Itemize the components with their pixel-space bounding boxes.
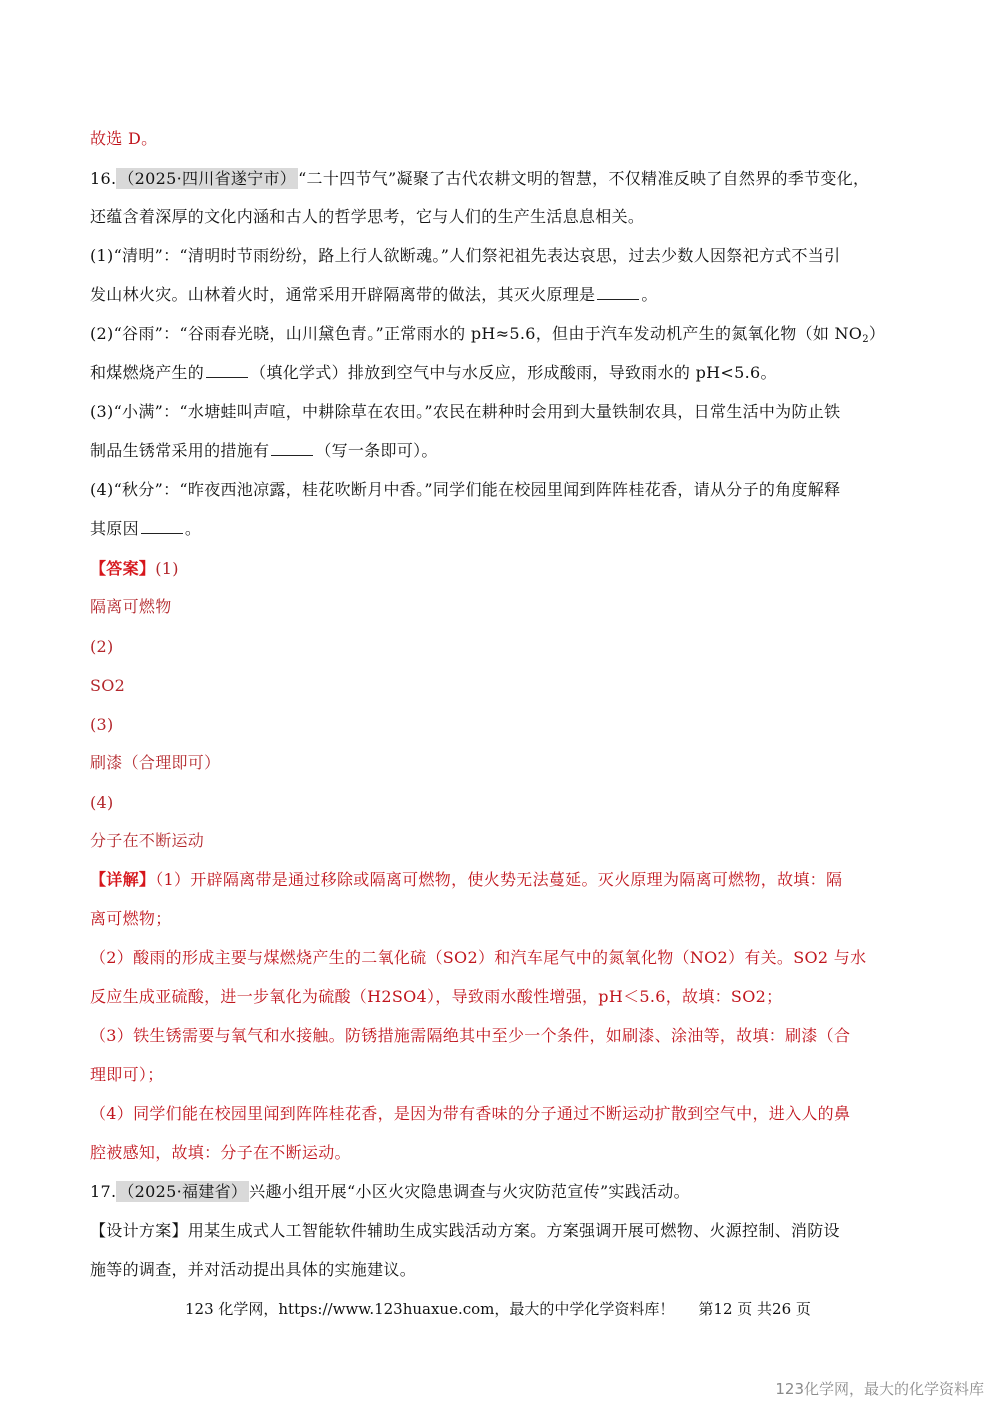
q17-stem-text: 兴趣小组开展“小区火灾隐患调查与火灾防范宣传”实践活动。 bbox=[249, 1182, 690, 1201]
explanation-line-4: 反应生成亚硫酸，进一步氧化为硫酸（H2SO4），导致雨水酸性增强，pH＜5.6，… bbox=[90, 986, 782, 1008]
q16-part3-end: （写一条即可）。 bbox=[315, 441, 437, 460]
q17-design-line-1: 【设计方案】用某生成式人工智能软件辅助生成实践活动方案。方案强调开展可燃物、火源… bbox=[90, 1220, 840, 1242]
explanation-line-6: 理即可）； bbox=[90, 1064, 164, 1086]
explanation-label: 【详解】 bbox=[90, 870, 155, 889]
q16-number: 16. bbox=[90, 169, 116, 188]
answer-text-2: SO2 bbox=[90, 675, 125, 697]
footer-page-number: 第12 页 共26 页 bbox=[698, 1300, 810, 1318]
subscript-2: 2 bbox=[862, 334, 869, 345]
explanation-line-5: （3）铁生锈需要与氧气和水接触。防锈措施需隔绝其中至少一个条件，如刷漆、涂油等，… bbox=[90, 1025, 850, 1047]
explanation-line-3: （2）酸雨的形成主要与煤燃烧产生的二氧化硫（SO2）和汽车尾气中的氮氧化物（NO… bbox=[90, 947, 866, 969]
q17-number: 17. bbox=[90, 1182, 116, 1201]
answer-blank-3 bbox=[271, 441, 313, 456]
q17-design-line-2: 施等的调查，并对活动提出具体的实施建议。 bbox=[90, 1259, 416, 1281]
q16-stem-line-1: 16.（2025·四川省遂宁市）“二十四节气”凝聚了古代农耕文明的智慧，不仅精准… bbox=[90, 168, 869, 190]
answer-num-2: (2) bbox=[90, 636, 114, 658]
explanation-text-1: （1）开辟隔离带是通过移除或隔离可燃物，使火势无法蔓延。灭火原理为隔离可燃物，故… bbox=[155, 870, 842, 889]
watermark: 123化学网，最大的化学资料库 bbox=[775, 1378, 984, 1399]
q16-source-tag: （2025·四川省遂宁市） bbox=[116, 168, 298, 189]
footer-site: 123 化学网，https://www.123huaxue.com，最大的中学化… bbox=[185, 1300, 674, 1318]
page-footer: 123 化学网，https://www.123huaxue.com，最大的中学化… bbox=[185, 1298, 811, 1319]
q16-part2-line1: (2)“谷雨”：“谷雨春光晓，山川黛色青。”正常雨水的 pH≈5.6，但由于汽车… bbox=[90, 323, 885, 351]
q16-part2-text-2: 和煤燃烧产生的 bbox=[90, 363, 204, 382]
answer-header: 【答案】(1) bbox=[90, 558, 179, 580]
q16-part3-text: 制品生锈常采用的措施有 bbox=[90, 441, 269, 460]
q16-part2-paren: ） bbox=[869, 324, 885, 343]
answer-blank-1 bbox=[597, 285, 639, 300]
answer-text-1: 隔离可燃物 bbox=[90, 596, 172, 618]
q16-part1-text: 发山林火灾。山林着火时，通常采用开辟隔离带的做法，其灭火原理是 bbox=[90, 285, 595, 304]
explanation-line-1: 【详解】（1）开辟隔离带是通过移除或隔离可燃物，使火势无法蔓延。灭火原理为隔离可… bbox=[90, 869, 842, 891]
answer-blank-4 bbox=[141, 519, 183, 534]
answer-text-3: 刷漆（合理即可） bbox=[90, 752, 220, 774]
q16-stem-text-1: “二十四节气”凝聚了古代农耕文明的智慧，不仅精准反映了自然界的季节变化， bbox=[298, 169, 869, 188]
q16-part4-line2: 其原因。 bbox=[90, 518, 201, 540]
q16-part2-text: (2)“谷雨”：“谷雨春光晓，山川黛色青。”正常雨水的 pH≈5.6，但由于汽车… bbox=[90, 324, 862, 343]
explanation-line-8: 腔被感知，故填：分子在不断运动。 bbox=[90, 1142, 351, 1164]
answer-label: 【答案】 bbox=[90, 559, 155, 578]
q16-part4-text: 其原因 bbox=[90, 519, 139, 538]
q16-part1-line2: 发山林火灾。山林着火时，通常采用开辟隔离带的做法，其灭火原理是。 bbox=[90, 284, 658, 306]
explanation-line-7: （4）同学们能在校园里闻到阵阵桂花香，是因为带有香味的分子通过不断运动扩散到空气… bbox=[90, 1103, 850, 1125]
q16-part2-line2: 和煤燃烧产生的（填化学式）排放到空气中与水反应，形成酸雨，导致雨水的 pH<5.… bbox=[90, 362, 777, 384]
design-label: 【设计方案】 bbox=[90, 1221, 188, 1240]
explanation-line-2: 离可燃物； bbox=[90, 908, 172, 930]
design-text-1: 用某生成式人工智能软件辅助生成实践活动方案。方案强调开展可燃物、火源控制、消防设 bbox=[188, 1221, 840, 1240]
answer-text-4: 分子在不断运动 bbox=[90, 830, 204, 852]
answer-num-4: (4) bbox=[90, 792, 114, 814]
q16-part4-line1: (4)“秋分”：“昨夜西池凉露，桂花吹断月中香。”同学们能在校园里闻到阵阵桂花香… bbox=[90, 479, 840, 501]
previous-conclusion: 故选 D。 bbox=[90, 128, 157, 150]
q16-part1-line1: (1)“清明”：“清明时节雨纷纷，路上行人欲断魂。”人们祭祀祖先表达哀思，过去少… bbox=[90, 245, 840, 267]
answer-num-1: (1) bbox=[155, 559, 179, 578]
q16-stem-line-2: 还蕴含着深厚的文化内涵和古人的哲学思考，它与人们的生产生活息息相关。 bbox=[90, 206, 644, 228]
q16-part1-end: 。 bbox=[641, 285, 657, 304]
q17-stem: 17.（2025·福建省）兴趣小组开展“小区火灾隐患调查与火灾防范宣传”实践活动… bbox=[90, 1181, 690, 1203]
q16-part3-line2: 制品生锈常采用的措施有（写一条即可）。 bbox=[90, 440, 438, 462]
q16-part4-end: 。 bbox=[185, 519, 201, 538]
q17-source-tag: （2025·福建省） bbox=[116, 1181, 249, 1202]
q16-part3-line1: (3)“小满”：“水塘蛙叫声喧，中耕除草在农田。”农民在耕种时会用到大量铁制农具… bbox=[90, 401, 840, 423]
answer-blank-2 bbox=[206, 363, 248, 378]
answer-num-3: (3) bbox=[90, 714, 114, 736]
q16-part2-end: （填化学式）排放到空气中与水反应，形成酸雨，导致雨水的 pH<5.6。 bbox=[250, 363, 777, 382]
